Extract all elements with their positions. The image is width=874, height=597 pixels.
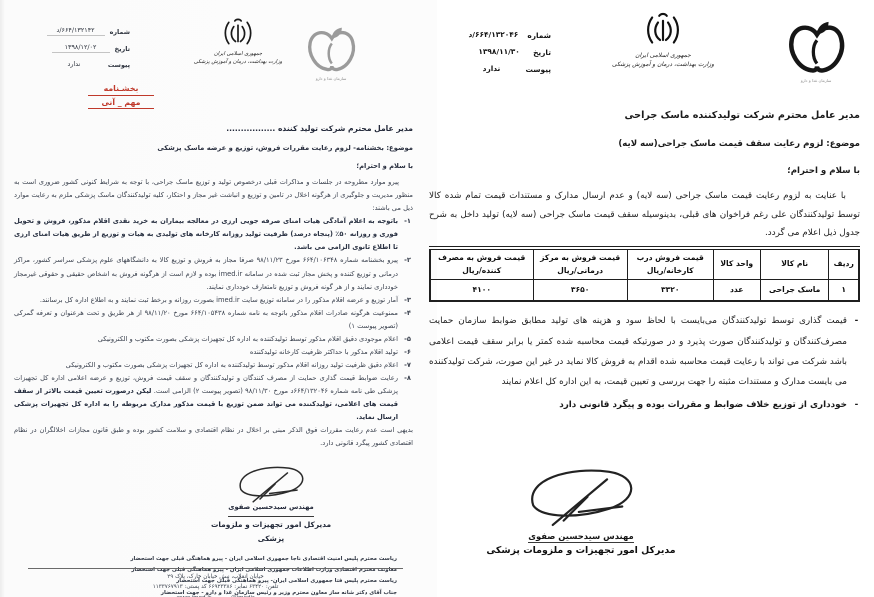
meta-date-row: تاریخ ۱۳۹۸/۱۱/۳۰: [423, 47, 551, 57]
directive-item-8: ۸- رعایت ضوابط قیمت گذاری حمایت از مصرف …: [14, 372, 413, 424]
signature-block: مهندس سیدحسین صفوی مدیرکل امور تجهیزات و…: [463, 462, 699, 556]
letterhead-country: جمهوری اسلامی ایران: [595, 51, 731, 60]
signature-block: مهندس سیدحسین صفوی مدیرکل امور تجهیزات و…: [201, 462, 341, 546]
footer-web-row: www.imod.ir @imodir: [28, 593, 403, 597]
table-header-cell: نام کالا: [760, 248, 829, 280]
item-text: رعایت ضوابط قیمت گذاری حمایت از مصرف کنن…: [14, 372, 398, 424]
meta-attachment-row: پیوست ندارد: [423, 64, 551, 74]
apple-logo-icon: [303, 26, 359, 76]
directive-item-3: ۳- آمار توزیع و عرضه اقلام مذکور را در س…: [14, 294, 413, 307]
intro-paragraph: پیرو موارد مطروحه در جلسات و مذاکرات قبل…: [14, 176, 413, 215]
item-text: آمار توزیع و عرضه اقلام مذکور را در ساما…: [14, 294, 398, 307]
letterhead: جمهوری اسلامی ایران وزارت بهداشت، درمان …: [595, 10, 731, 69]
meta-attachment-label: پیوست: [108, 61, 130, 69]
subject-line: موضوع: لزوم رعایت سقف قیمت ماسک جراحی(سه…: [429, 135, 860, 153]
letterhead-ministry: وزارت بهداشت، درمان و آموزش پزشکی: [172, 59, 304, 67]
fda-caption: سازمان غذا و دارو: [781, 78, 851, 83]
letter-footer: خیابان انقلاب، نبش خیابان خارک، پلاک ۲۹ …: [28, 568, 403, 597]
directive-item-1: ۱- باتوجه به اعلام آمادگی هیات امنای صرف…: [14, 215, 413, 254]
directive-item-7: ۷- اعلام دقیق ظرفیت تولید روزانه اقلام م…: [14, 359, 413, 372]
meta-date-value: ۱۳۹۸/۱۲/۰۲: [52, 43, 110, 53]
bullet-item-1: - قیمت گذاری توسط تولیدکنندگان می‌بایست …: [429, 311, 860, 392]
circular-letter: شماره د/۶۶۴/۱۳۲۱۴۲ تاریخ ۱۳۹۸/۱۲/۰۲ پیوس…: [0, 0, 437, 597]
item-number: ۸-: [402, 372, 413, 424]
table-header-cell: قیمت فروش درب کارخانه/ریال: [627, 248, 713, 280]
footer-address: خیابان انقلاب، نبش خیابان خارک، پلاک ۲۹: [28, 572, 403, 582]
table-header-cell: واحد کالا: [713, 248, 760, 280]
subject-line: موضوع: بخشنامه- لزوم رعایت مقررات فروش، …: [14, 142, 413, 155]
signatory-title: مدیرکل امور تجهیزات و ملزومات پزشکی: [463, 545, 699, 556]
item-number: ۵-: [402, 333, 413, 346]
salutation-line: با سلام و احترام؛: [14, 160, 413, 173]
item-number: ۴-: [402, 307, 413, 333]
meta-date-label: تاریخ: [533, 48, 551, 57]
meta-number-value: د/۶۶۴/۱۳۲۰۴۶: [464, 30, 522, 40]
meta-attachment-label: پیوست: [525, 65, 551, 74]
table-cell: ماسک جراحی: [760, 280, 829, 301]
meta-attachment-row: پیوست ندارد: [8, 60, 130, 69]
item-text: اعلام موجودی دقیق اقلام مذکور توسط تولید…: [14, 333, 398, 346]
iran-emblem-icon: [643, 10, 683, 50]
recipient-line: مدیر عامل محترم شرکت تولیدکننده ماسک جرا…: [429, 106, 860, 126]
stamp-priority: مهم _ آنی: [88, 98, 154, 109]
item-number: ۷-: [402, 359, 413, 372]
letter-body: مدیر عامل محترم شرکت تولید کننده .......…: [14, 122, 413, 597]
meta-date-label: تاریخ: [115, 45, 130, 53]
table-cell: ۳۶۵۰: [533, 280, 627, 301]
table-row: ۱ ماسک جراحی عدد ۳۳۲۰ ۳۶۵۰ ۴۱۰۰: [430, 280, 859, 301]
item-text: باتوجه به اعلام آمادگی هیات امنای صرفه ج…: [14, 215, 398, 254]
item-number: ۳-: [402, 294, 413, 307]
bullet-text: قیمت گذاری توسط تولیدکنندگان می‌بایست با…: [429, 311, 847, 392]
letter-body: مدیر عامل محترم شرکت تولیدکننده ماسک جرا…: [429, 106, 860, 418]
salutation-line: با سلام و احترام؛: [429, 162, 860, 180]
item-number: ۶-: [402, 346, 413, 359]
signatory-name: مهندس سیدحسین صفوی: [228, 501, 314, 516]
meta-number-label: شماره: [527, 31, 551, 40]
bullet-text: خودداری از توزیع خلاف ضوابط و مقررات بود…: [429, 395, 847, 415]
bullet-item-2: - خودداری از توزیع خلاف ضوابط و مقررات ب…: [429, 395, 860, 415]
stamp-type: بخشـنامه: [88, 84, 154, 96]
meta-number-value: د/۶۶۴/۱۳۲۱۴۲: [47, 26, 105, 36]
table-header-cell: ردیف: [829, 248, 859, 280]
iran-emblem-icon: [221, 16, 255, 50]
fda-logo: سازمان غذا و دارو: [300, 26, 362, 81]
item-number: ۱-: [402, 215, 413, 254]
table-cell: ۱: [829, 280, 859, 301]
letterhead-ministry: وزارت بهداشت، درمان و آموزش پزشکی: [595, 60, 731, 69]
price-table: ردیف نام کالا واحد کالا قیمت فروش درب کا…: [429, 246, 860, 303]
directive-item-5: ۵- اعلام موجودی دقیق اقلام مذکور توسط تو…: [14, 333, 413, 346]
signatory-name: مهندس سیدحسین صفوی: [528, 531, 633, 543]
directive-item-4: ۴- ممنوعیت هرگونه صادرات اقلام مذکور بات…: [14, 307, 413, 333]
letterhead-country: جمهوری اسلامی ایران: [172, 51, 304, 59]
apple-logo-icon: [783, 20, 849, 78]
table-header-cell: قیمت فروش به مصرف کننده/ریال: [430, 248, 533, 280]
letter-meta: شماره د/۶۶۴/۱۳۲۰۴۶ تاریخ ۱۳۹۸/۱۱/۳۰ پیوس…: [423, 30, 551, 81]
circular-stamp: بخشـنامه مهم _ آنی: [88, 84, 154, 109]
recipient-line: مدیر عامل محترم شرکت تولید کننده .......…: [14, 122, 413, 137]
fda-caption: سازمان غذا و دارو: [300, 76, 362, 81]
meta-attachment-value: ندارد: [462, 64, 520, 74]
meta-attachment-value: ندارد: [45, 60, 103, 69]
letterhead: جمهوری اسلامی ایران وزارت بهداشت، درمان …: [172, 16, 304, 67]
bullet-marker: -: [853, 395, 860, 415]
price-cap-letter: شماره د/۶۶۴/۱۳۲۰۴۶ تاریخ ۱۳۹۸/۱۱/۳۰ پیوس…: [437, 0, 874, 597]
item-text: پیرو بخشنامه شماره ۶۶۴/۱۰۶۳۴۸ مورخ ۹۸/۱۱…: [14, 254, 398, 293]
table-header-row: ردیف نام کالا واحد کالا قیمت فروش درب کا…: [430, 248, 859, 280]
intro-paragraph: با عنایت به لزوم رعایت قیمت ماسک جراحی (…: [429, 187, 860, 242]
fda-logo: سازمان غذا و دارو: [781, 20, 851, 83]
meta-date-value: ۱۳۹۸/۱۱/۳۰: [470, 47, 528, 57]
item-text: اعلام دقیق ظرفیت تولید روزانه اقلام مذکو…: [14, 359, 398, 372]
meta-date-row: تاریخ ۱۳۹۸/۱۲/۰۲: [8, 43, 130, 53]
table-cell: ۳۳۲۰: [627, 280, 713, 301]
meta-number-row: شماره د/۶۶۴/۱۳۲۰۴۶: [423, 30, 551, 40]
footer-contact: تلفن: ۶۳۴۲۰ نمابر: ۶۶۹۲۳۳۸۶ کد پستی: ۱۱۳…: [28, 582, 403, 592]
meta-number-label: شماره: [110, 28, 130, 36]
table-cell: ۴۱۰۰: [430, 280, 533, 301]
table-cell: عدد: [713, 280, 760, 301]
item-text: تولید اقلام مذکور با حداکثر ظرفیت کارخان…: [14, 346, 398, 359]
signatory-title: مدیرکل امور تجهیزات و ملزومات پزشکی: [201, 518, 341, 547]
table-header-cell: قیمت فروش به مرکز درمانی/ریال: [533, 248, 627, 280]
closing-paragraph: بدیهی است عدم رعایت مقررات فوق الذکر مبن…: [14, 424, 413, 450]
item-number: ۲-: [402, 254, 413, 293]
cc-line: ریاست محترم پلیس امنیت اقتصادی ناجا جمهو…: [14, 554, 397, 565]
bullet-marker: -: [853, 311, 860, 392]
directive-item-2: ۲- پیرو بخشنامه شماره ۶۶۴/۱۰۶۳۴۸ مورخ ۹۸…: [14, 254, 413, 293]
meta-number-row: شماره د/۶۶۴/۱۳۲۱۴۲: [8, 26, 130, 36]
directive-item-6: ۶- تولید اقلام مذکور با حداکثر ظرفیت کار…: [14, 346, 413, 359]
letter-meta: شماره د/۶۶۴/۱۳۲۱۴۲ تاریخ ۱۳۹۸/۱۲/۰۲ پیوس…: [8, 26, 130, 76]
item-text: ممنوعیت هرگونه صادرات اقلام مذکور باتوجه…: [14, 307, 398, 333]
